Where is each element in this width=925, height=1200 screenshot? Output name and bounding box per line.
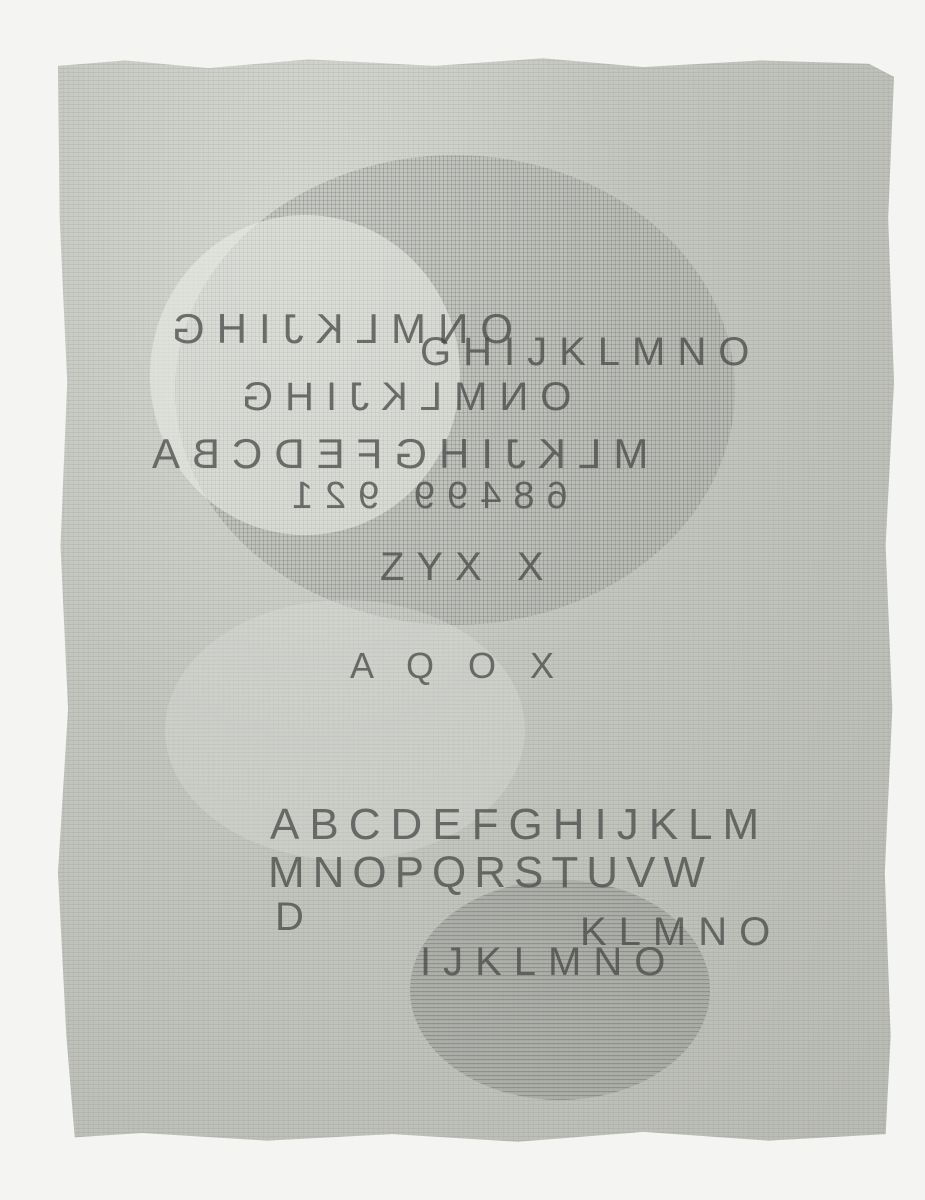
letter-row: ONMLKJIHG: [230, 375, 571, 420]
letter-row: MLKJIHGFEDCBA: [140, 430, 648, 478]
letter-row: A Q O X: [350, 645, 566, 687]
alphabet-row-2: MNOPQRSTUVW: [268, 848, 713, 898]
letter-row: ZYX X: [380, 545, 556, 590]
alphabet-row-1: ABCDEFGHIJKLM: [270, 800, 769, 850]
letter-row: IJKLMNO: [420, 940, 677, 985]
number-row: 68499 921: [280, 475, 568, 518]
letter-row: GHIJKLMNO: [420, 330, 761, 375]
letter-row: D: [275, 895, 316, 940]
